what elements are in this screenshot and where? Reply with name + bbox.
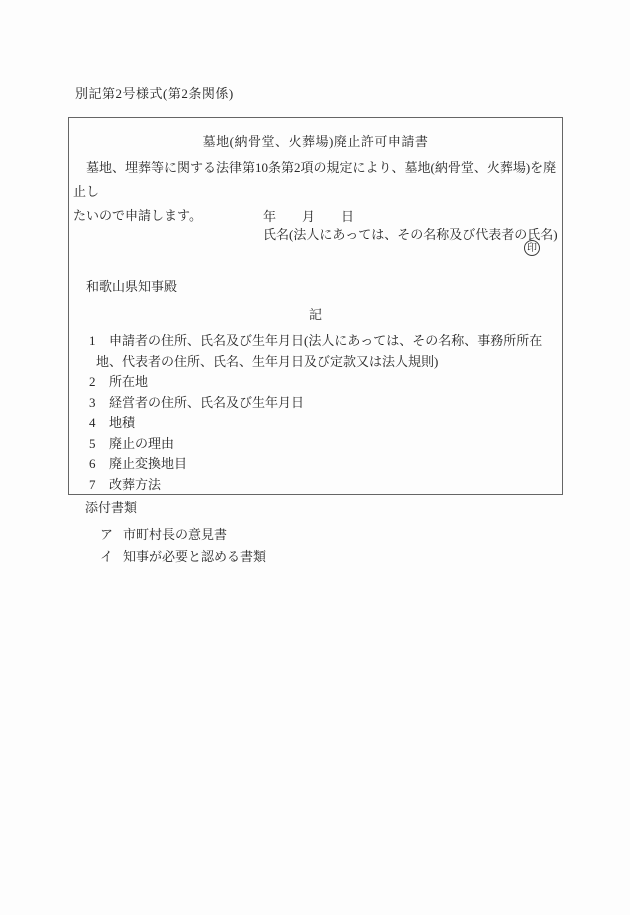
list-item: 3 経営者の住所、氏名及び生年月日: [69, 393, 558, 414]
date-field: 年 月 日: [263, 208, 558, 226]
attachment-item: イ知事が必要と認める書類: [100, 546, 266, 568]
statement-line: 墓地、埋葬等に関する法律第10条第2項の規定により、墓地(納骨堂、火葬場)を廃止…: [73, 156, 558, 204]
list-item: 2 所在地: [69, 372, 558, 393]
name-field-label: 氏名(法人にあっては、その名称及び代表者の氏名): [263, 226, 558, 244]
record-heading: 記: [69, 304, 562, 323]
item-number: 4: [89, 413, 96, 434]
list-item: 1 申請者の住所、氏名及び生年月日(法人にあっては、その名称、事務所所在地、代表…: [69, 331, 558, 372]
attachment-text: 市町村長の意見書: [123, 527, 227, 542]
item-number: 1: [89, 331, 96, 352]
attachments-heading: 添付書類: [85, 500, 266, 515]
item-text: 廃止の理由: [109, 436, 174, 451]
attachment-marker: イ: [100, 546, 113, 568]
item-text: 申請者の住所、氏名及び生年月日(法人にあっては、その名称、事務所所在地、代表者の…: [96, 333, 542, 369]
required-items-list: 1 申請者の住所、氏名及び生年月日(法人にあっては、その名称、事務所所在地、代表…: [69, 331, 558, 495]
item-number: 2: [89, 372, 96, 393]
attachment-marker: ア: [100, 524, 113, 546]
list-item: 7 改葬方法: [69, 475, 558, 496]
date-name-block: 年 月 日 氏名(法人にあっては、その名称及び代表者の氏名): [263, 208, 558, 244]
item-text: 所在地: [109, 374, 148, 389]
form-style-label: 別記第2号様式(第2条関係): [75, 83, 234, 102]
list-item: 6 廃止変換地目: [69, 454, 558, 475]
application-form-box: 墓地(納骨堂、火葬場)廃止許可申請書 墓地、埋葬等に関する法律第10条第2項の規…: [68, 117, 563, 495]
item-text: 地積: [109, 415, 135, 430]
item-text: 経営者の住所、氏名及び生年月日: [109, 395, 304, 410]
attachment-item: ア市町村長の意見書: [100, 524, 266, 546]
list-item: 4 地積: [69, 413, 558, 434]
attachment-text: 知事が必要と認める書類: [123, 549, 266, 564]
item-text: 廃止変換地目: [109, 456, 187, 471]
item-text: 改葬方法: [109, 477, 161, 492]
document-title: 墓地(納骨堂、火葬場)廃止許可申請書: [69, 131, 562, 150]
item-number: 6: [89, 454, 96, 475]
document-page: 別記第2号様式(第2条関係) 墓地(納骨堂、火葬場)廃止許可申請書 墓地、埋葬等…: [0, 0, 630, 915]
item-number: 5: [89, 434, 96, 455]
attachments-section: 添付書類 ア市町村長の意見書 イ知事が必要と認める書類: [85, 500, 266, 568]
seal-icon: 印: [524, 240, 540, 256]
item-number: 3: [89, 393, 96, 414]
list-item: 5 廃止の理由: [69, 434, 558, 455]
addressee: 和歌山県知事殿: [86, 276, 177, 295]
item-number: 7: [89, 475, 96, 496]
attachments-list: ア市町村長の意見書 イ知事が必要と認める書類: [100, 524, 266, 568]
